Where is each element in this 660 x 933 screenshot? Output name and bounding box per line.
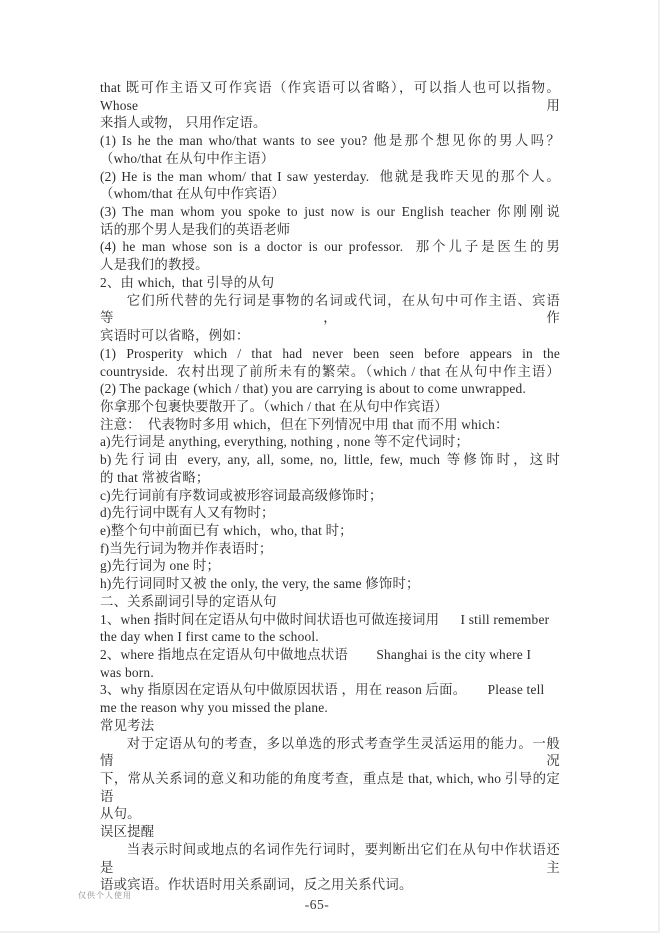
footer-watermark: 仅供个人使用	[78, 890, 132, 901]
text-line: (1) Is he the man who/that wants to see …	[100, 132, 560, 150]
text-line: 宾语时可以省略，例如：	[100, 327, 560, 345]
document-body: that 既可作主语又可作宾语（作宾语可以省略），可以指人也可以指物。Whose…	[100, 79, 560, 894]
text-line: 它们所代替的先行词是事物的名词或代词，在从句中可作主语、宾语等，作	[100, 292, 560, 327]
text-line: (3) The man whom you spoke to just now i…	[100, 203, 560, 221]
page-number: -65-	[267, 897, 367, 913]
text-line: that 既可作主语又可作宾语（作宾语可以省略），可以指人也可以指物。Whose…	[100, 79, 560, 114]
text-line: countryside. 农村出现了前所未有的繁荣。（which / that …	[100, 363, 560, 381]
text-line: 来指人或物， 只用作定语。	[100, 114, 560, 132]
text-line: b)先行词由 every, any, all, some, no, little…	[100, 451, 560, 469]
text-line: （who/that 在从句中作主语）	[100, 150, 560, 168]
text-line: 注意： 代表物时多用 which，但在下列情况中用 that 而不用 which…	[100, 416, 560, 434]
text-line: 常见考法	[100, 717, 560, 735]
text-line: d)先行词中既有人又有物时；	[100, 504, 560, 522]
text-line: a)先行词是 anything, everything, nothing , n…	[100, 433, 560, 451]
text-line: 下，常从关系词的意义和功能的角度考查，重点是 that, which, who …	[100, 770, 560, 805]
document-page: that 既可作主语又可作宾语（作宾语可以省略），可以指人也可以指物。Whose…	[0, 0, 660, 933]
text-line: 2、where 指地点在定语从句中做地点状语 Shanghai is the c…	[100, 646, 560, 664]
text-line: (1) Prosperity which / that had never be…	[100, 345, 560, 363]
text-line: 当表示时间或地点的名词作先行词时，要判断出它们在从句中作状语还是主	[100, 841, 560, 876]
text-line: 误区提醒	[100, 823, 560, 841]
text-line: 对于定语从句的考查，多以单选的形式考查学生灵活运用的能力。一般情况	[100, 735, 560, 770]
text-line: （whom/that 在从句中作宾语）	[100, 185, 560, 203]
text-line: g)先行词为 one 时；	[100, 557, 560, 575]
text-line: 人是我们的教授。	[100, 256, 560, 274]
text-line: 的 that 常被省略；	[100, 469, 560, 487]
text-line: h)先行词同时又被 the only, the very, the same 修…	[100, 575, 560, 593]
text-line: 二、关系副词引导的定语从句	[100, 593, 560, 611]
text-line: e)整个句中前面已有 which，who, that 时；	[100, 522, 560, 540]
text-line: (2) The package (which / that) you are c…	[100, 380, 560, 398]
text-line: the day when I first came to the school.	[100, 628, 560, 646]
text-line: 3、why 指原因在定语从句中做原因状语 ，用在 reason 后面。 Plea…	[100, 681, 560, 699]
text-line: f)当先行词为物并作表语时；	[100, 540, 560, 558]
text-line: was born.	[100, 664, 560, 682]
text-line: c)先行词前有序数词或被形容词最高级修饰时；	[100, 487, 560, 505]
text-line: 从句。	[100, 805, 560, 823]
text-line: 你拿那个包裹快要散开了。（which / that 在从句中作宾语）	[100, 398, 560, 416]
text-line: me the reason why you missed the plane.	[100, 699, 560, 717]
text-line: 话的那个男人是我们的英语老师	[100, 221, 560, 239]
text-line: (4) he man whose son is a doctor is our …	[100, 238, 560, 256]
text-line: 语或宾语。作状语时用关系副词，反之用关系代词。	[100, 876, 560, 894]
text-line: 2、由 which, that 引导的从句	[100, 274, 560, 292]
text-line: (2) He is the man whom/ that I saw yeste…	[100, 168, 560, 186]
text-line: 1、when 指时间在定语从句中做时间状语也可做连接词用 I still rem…	[100, 611, 560, 629]
